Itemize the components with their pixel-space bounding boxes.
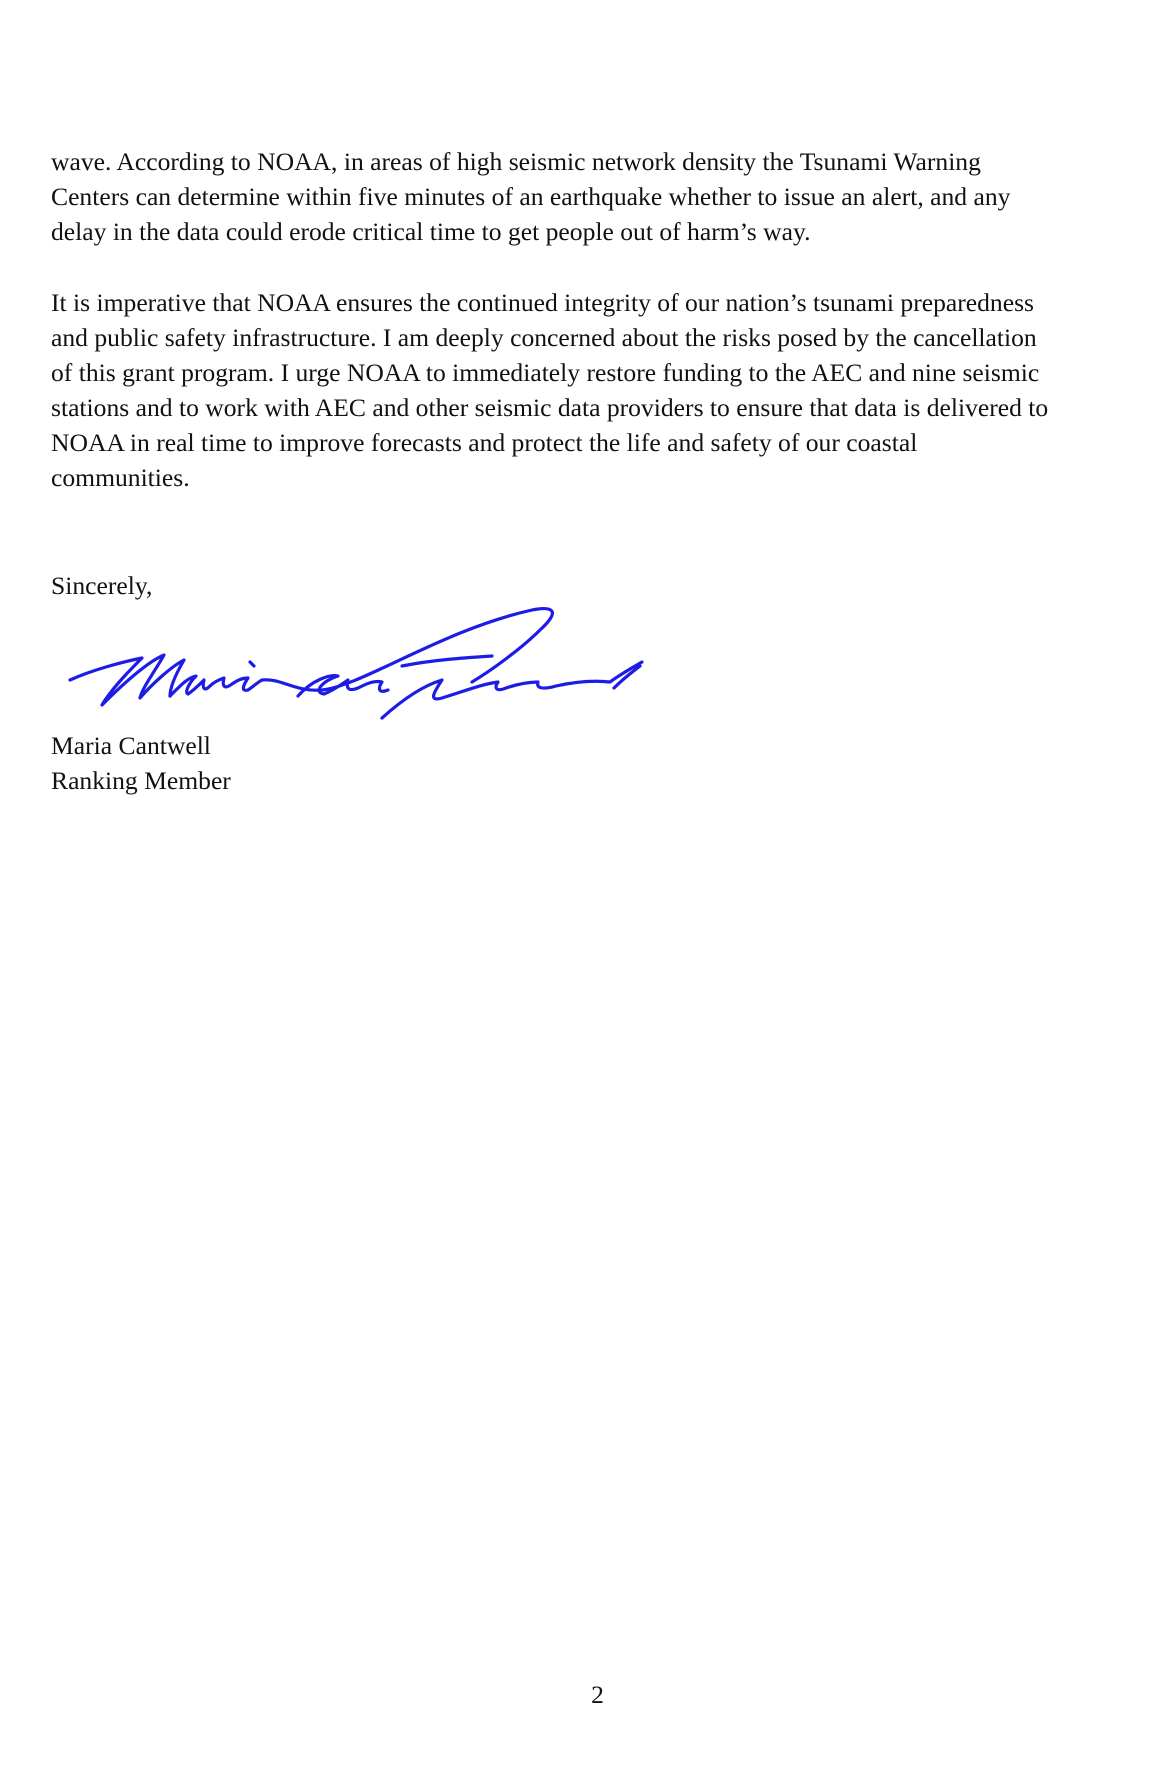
paragraph-line: It is imperative that NOAA ensures the c… [51, 285, 1161, 320]
body-paragraph: It is imperative that NOAA ensures the c… [51, 285, 1161, 495]
signer-name: Maria Cantwell [51, 728, 211, 763]
letter-page: wave. According to NOAA, in areas of hig… [0, 0, 1170, 1772]
paragraph-line: delay in the data could erode critical t… [51, 214, 1161, 249]
paragraph-line: Centers can determine within five minute… [51, 179, 1161, 214]
body-paragraph: wave. According to NOAA, in areas of hig… [51, 144, 1161, 249]
page-number: 2 [0, 1677, 1170, 1712]
paragraph-line: of this grant program. I urge NOAA to im… [51, 355, 1161, 390]
paragraph-line: NOAA in real time to improve forecasts a… [51, 425, 1161, 460]
paragraph-line: and public safety infrastructure. I am d… [51, 320, 1161, 355]
paragraph-line: communities. [51, 460, 1161, 495]
handwritten-signature-icon [62, 600, 662, 720]
paragraph-line: wave. According to NOAA, in areas of hig… [51, 144, 1161, 179]
closing-salutation: Sincerely, [51, 568, 152, 603]
paragraph-line: stations and to work with AEC and other … [51, 390, 1161, 425]
signer-title: Ranking Member [51, 763, 231, 798]
